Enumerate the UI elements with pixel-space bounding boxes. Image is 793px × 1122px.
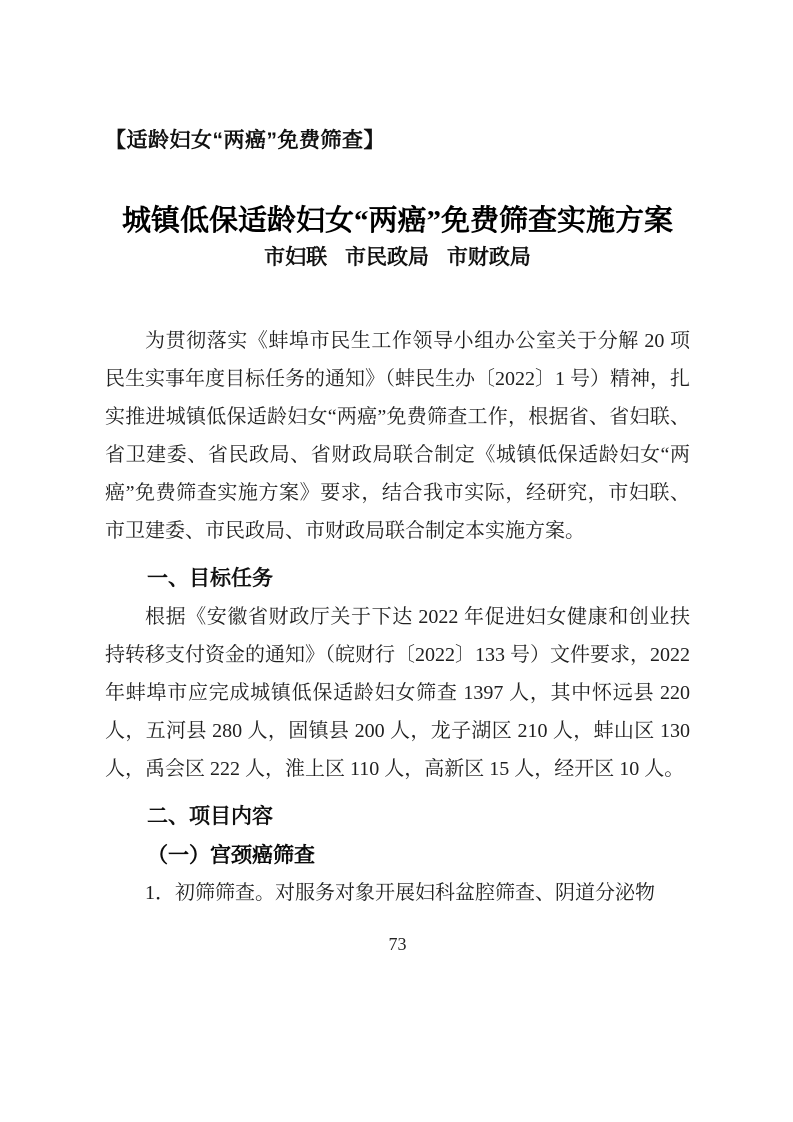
subsection-1-paragraph: 1．初筛筛查。对服务对象开展妇科盆腔筛查、阴道分泌物 bbox=[105, 874, 690, 912]
subsection-1-heading: （一）宫颈癌筛查 bbox=[105, 836, 690, 874]
document-title: 城镇低保适龄妇女“两癌”免费筛查实施方案 bbox=[105, 202, 690, 240]
section-1-heading: 一、目标任务 bbox=[105, 560, 690, 598]
intro-paragraph: 为贯彻落实《蚌埠市民生工作领导小组办公室关于分解 20 项民生实事年度目标任务的… bbox=[105, 322, 690, 550]
page-number: 73 bbox=[105, 934, 690, 954]
document-page: 【适龄妇女“两癌”免费筛查】 城镇低保适龄妇女“两癌”免费筛查实施方案 市妇联 … bbox=[0, 0, 793, 1122]
section-1-paragraph: 根据《安徽省财政厅关于下达 2022 年促进妇女健康和创业扶持转移支付资金的通知… bbox=[105, 598, 690, 788]
column-header: 【适龄妇女“两癌”免费筛查】 bbox=[105, 128, 690, 154]
section-2-heading: 二、项目内容 bbox=[105, 798, 690, 836]
document-body: 为贯彻落实《蚌埠市民生工作领导小组办公室关于分解 20 项民生实事年度目标任务的… bbox=[105, 322, 690, 912]
issuing-agencies-byline: 市妇联 市民政局 市财政局 bbox=[105, 242, 690, 272]
